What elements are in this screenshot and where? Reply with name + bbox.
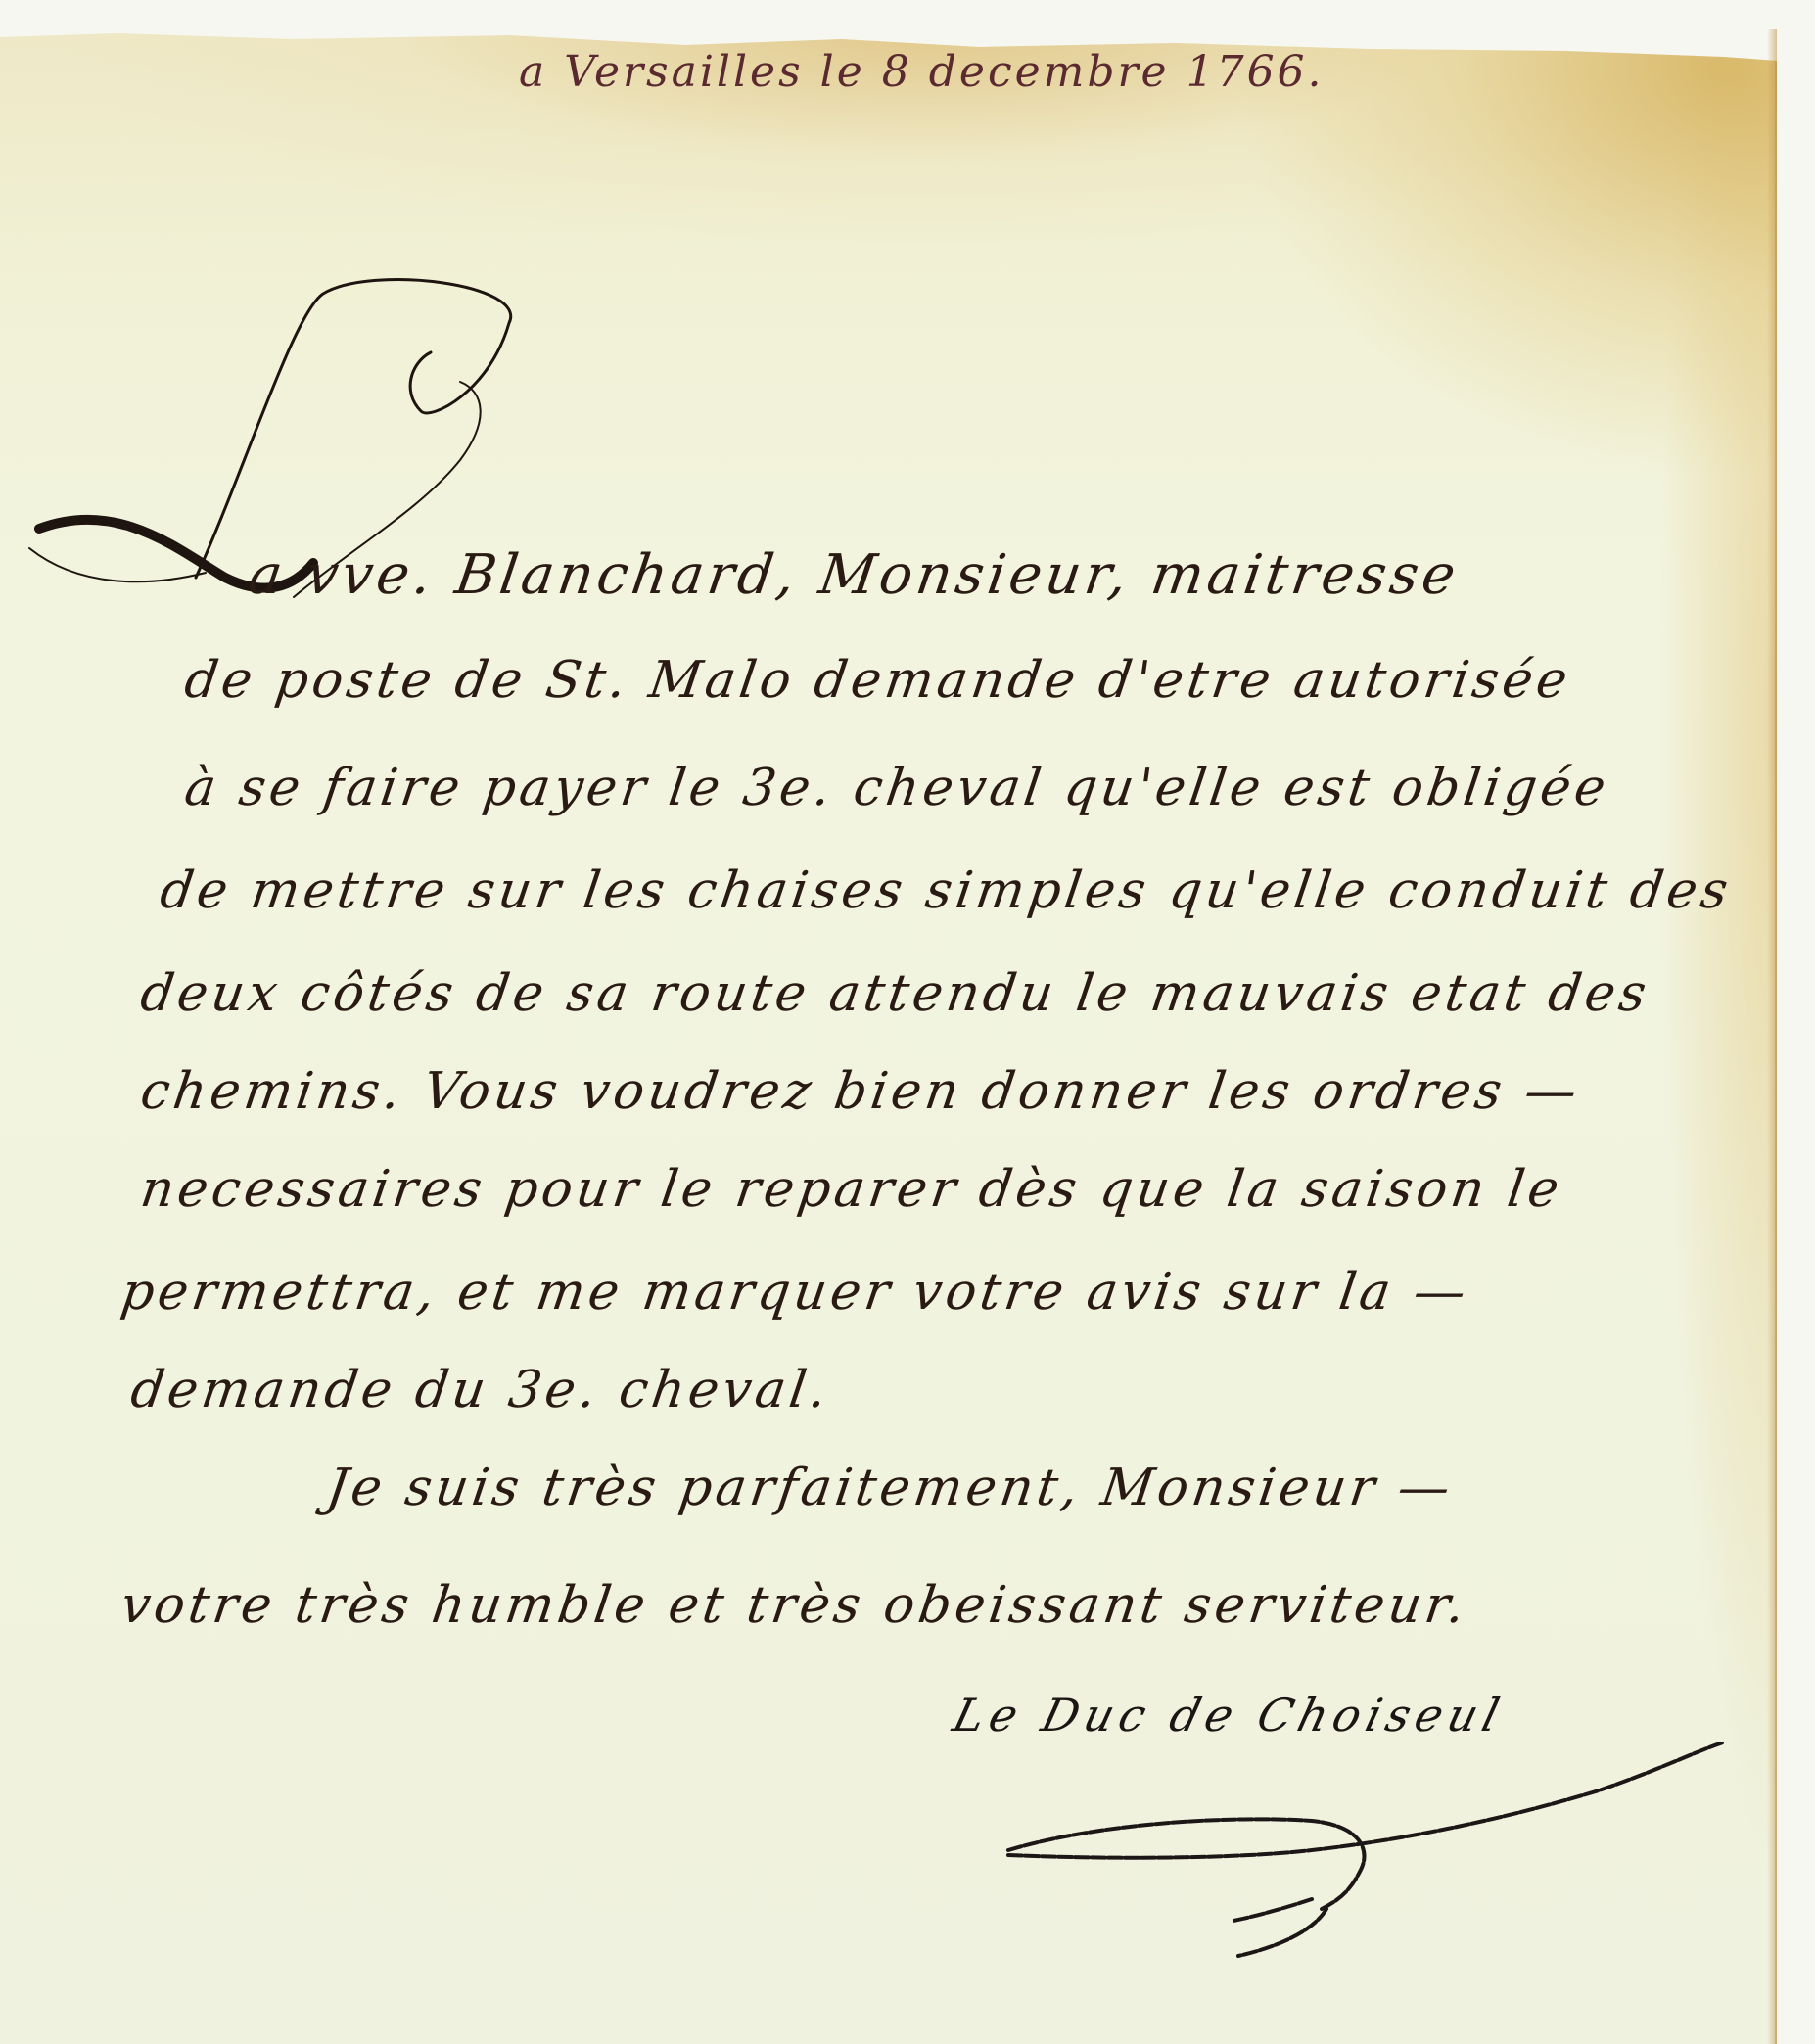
body-line-7: necessaires pour le reparer dès que la s… [137, 1160, 1566, 1219]
document-scan: a Versailles le 8 decembre 1766. a vve. … [0, 0, 1815, 2044]
body-line-1: a vve. Blanchard, Monsieur, maitresse [245, 543, 1464, 607]
closing-line-2: votre très humble et très obeissant serv… [117, 1576, 1472, 1635]
body-line-4: de mettre sur les chaises simples qu'ell… [157, 861, 1736, 920]
body-line-6: chemins. Vous voudrez bien donner les or… [137, 1062, 1584, 1121]
body-line-3: à se faire payer le 3e. cheval qu'elle e… [181, 759, 1613, 817]
paper-edge [1767, 29, 1777, 2044]
body-line-2: de poste de St. Malo demande d'etre auto… [181, 651, 1575, 710]
dateline: a Versailles le 8 decembre 1766. [519, 47, 1325, 97]
closing-line-1: Je suis très parfaitement, Monsieur — [323, 1459, 1458, 1517]
body-line-5: deux côtés de sa route attendu le mauvai… [137, 964, 1653, 1023]
signature-paraphe-icon [989, 1742, 1733, 1997]
body-line-8: permettra, et me marquer votre avis sur … [117, 1263, 1473, 1322]
body-line-9: demande du 3e. cheval. [127, 1361, 834, 1419]
signature: Le Duc de Choiseul [948, 1689, 1510, 1742]
